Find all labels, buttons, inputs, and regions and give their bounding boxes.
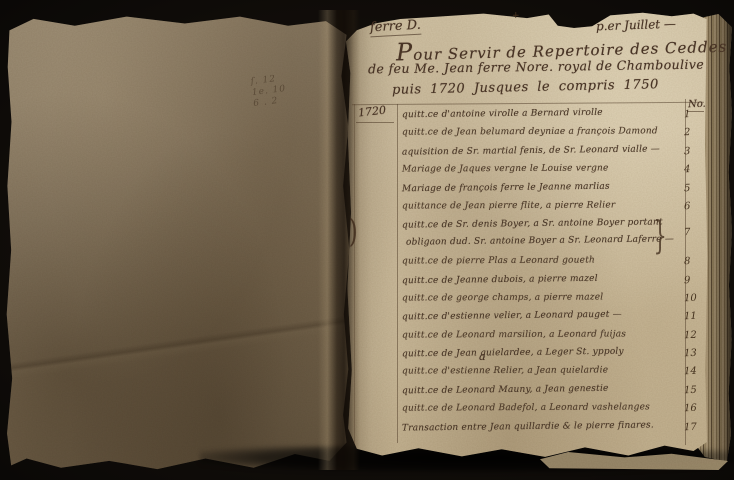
entry-number: 15 [684,385,700,397]
entry-text: Mariage de françois ferre le Jeanne marl… [402,181,610,194]
entry-number: 8 [684,256,700,268]
table-row: quitt.ce de Jeanne dubois, a pierre maze… [402,272,702,290]
entry-text: quitt.ce de Jeanne dubois, a pierre maze… [402,273,598,285]
left-page-note: ſ. 12 1e. 10 6 . 2 [250,73,288,110]
manuscript-scan: ſ. 12 1e. 10 6 . 2 ferre D. p.er Juillet… [0,0,734,480]
entry-text: quitt.ce d'antoine virolle a Bernard vir… [402,108,603,120]
entry-text: quitt.ce de Jean belumard deyniae a fran… [402,127,658,138]
entry-text: quitt.ce de Leonard Mauny, a Jean genest… [402,384,609,397]
entry-text: quitt.ce de Sr. denis Boyer, a Sr. antoi… [402,218,663,231]
table-row: quitt.ce de Leonard Mauny, a Jean genest… [402,382,702,400]
entry-text: quitt.ce de Jean quielardee, a Leger St.… [402,347,624,360]
entry-text: obligaon dud. Sr. antoine Boyer a Sr. Le… [406,235,674,248]
table-row: Mariage de françois ferre le Jeanne marl… [402,180,702,198]
entry-number: 3 [684,146,700,158]
entry-text: quitt.ce de pierre Plas a Leonard goueth [402,256,595,267]
entry-number: 4 [684,164,700,176]
entry-number: 12 [684,329,700,341]
entry-number: 10 [684,293,700,305]
entry-number: 11 [684,311,700,323]
entry-text: quitt.ce de Leonard marsilion, a Leonard… [402,329,626,340]
table-row: quitt.ce de Leonard Badefol, a Leonard v… [402,400,702,418]
table-row: quitt.ce de Jean quielardee, a Leger St.… [402,345,702,363]
table-row: quitt.ce de Jean belumard deyniae a fran… [402,124,702,142]
table-row: quitt.ce de pierre Plas a Leonard goueth… [402,253,702,271]
year-underline [356,122,394,123]
table-row-double: quitt.ce de Sr. denis Boyer, a Sr. antoi… [402,216,702,253]
entry-text: quitt.ce d'estienne velier, a Leonard pa… [402,310,622,323]
entry-number: 14 [684,366,700,378]
entry-number: 5 [684,182,700,194]
entry-number: 17 [684,421,700,433]
entry-number: 6 [684,201,700,213]
cross-mark: + [512,11,520,21]
entry-text: aquisition de Sr. martial fenis, de Sr. … [402,144,660,157]
entry-text: quittance de Jean pierre flite, a pierre… [402,200,615,211]
entry-number: 1 [684,109,700,121]
entry-text: Mariage de Jaques vergne le Louise vergn… [402,164,609,175]
entry-text: Transaction entre Jean quillardie & le p… [402,420,654,433]
entry-number: 7 [684,227,700,239]
entry-text: quitt.ce de george champs, a pierre maze… [402,292,603,303]
entry-number: 2 [684,127,700,139]
year-column-rule [397,104,398,443]
table-row: Mariage de Jaques vergne le Louise vergn… [402,161,702,179]
table-row: quitt.ce de george champs, a pierre maze… [402,290,702,308]
table-row: quitt.ce d'estienne Relier, a Jean quiel… [402,363,702,381]
header-label-left: ferre D. [370,18,422,38]
left-page-crease [6,278,350,415]
table-left-rule [354,104,355,444]
table-row: Transaction entre Jean quillardie & le p… [402,419,702,437]
table-row: quitt.ce d'antoine virolle a Bernard vir… [402,106,702,124]
entry-text: quitt.ce d'estienne Relier, a Jean quiel… [402,366,608,377]
entry-text: quitt.ce de Leonard Badefol, a Leonard v… [402,403,650,414]
entry-number: 9 [684,274,700,286]
left-page: ſ. 12 1e. 10 6 . 2 [6,12,350,470]
table-row: aquisition de Sr. martial fenis, de Sr. … [402,143,702,161]
table-row: quitt.ce d'estienne velier, a Leonard pa… [402,308,702,326]
entry-list: quitt.ce d'antoine virolle a Bernard vir… [402,106,702,437]
entry-number: 16 [684,403,700,415]
row7-left-brace: ) [349,212,358,250]
entry-number: 13 [684,348,700,360]
row7-right-brace: } [653,213,666,257]
table-row: quitt.ce de Leonard marsilion, a Leonard… [402,327,702,345]
